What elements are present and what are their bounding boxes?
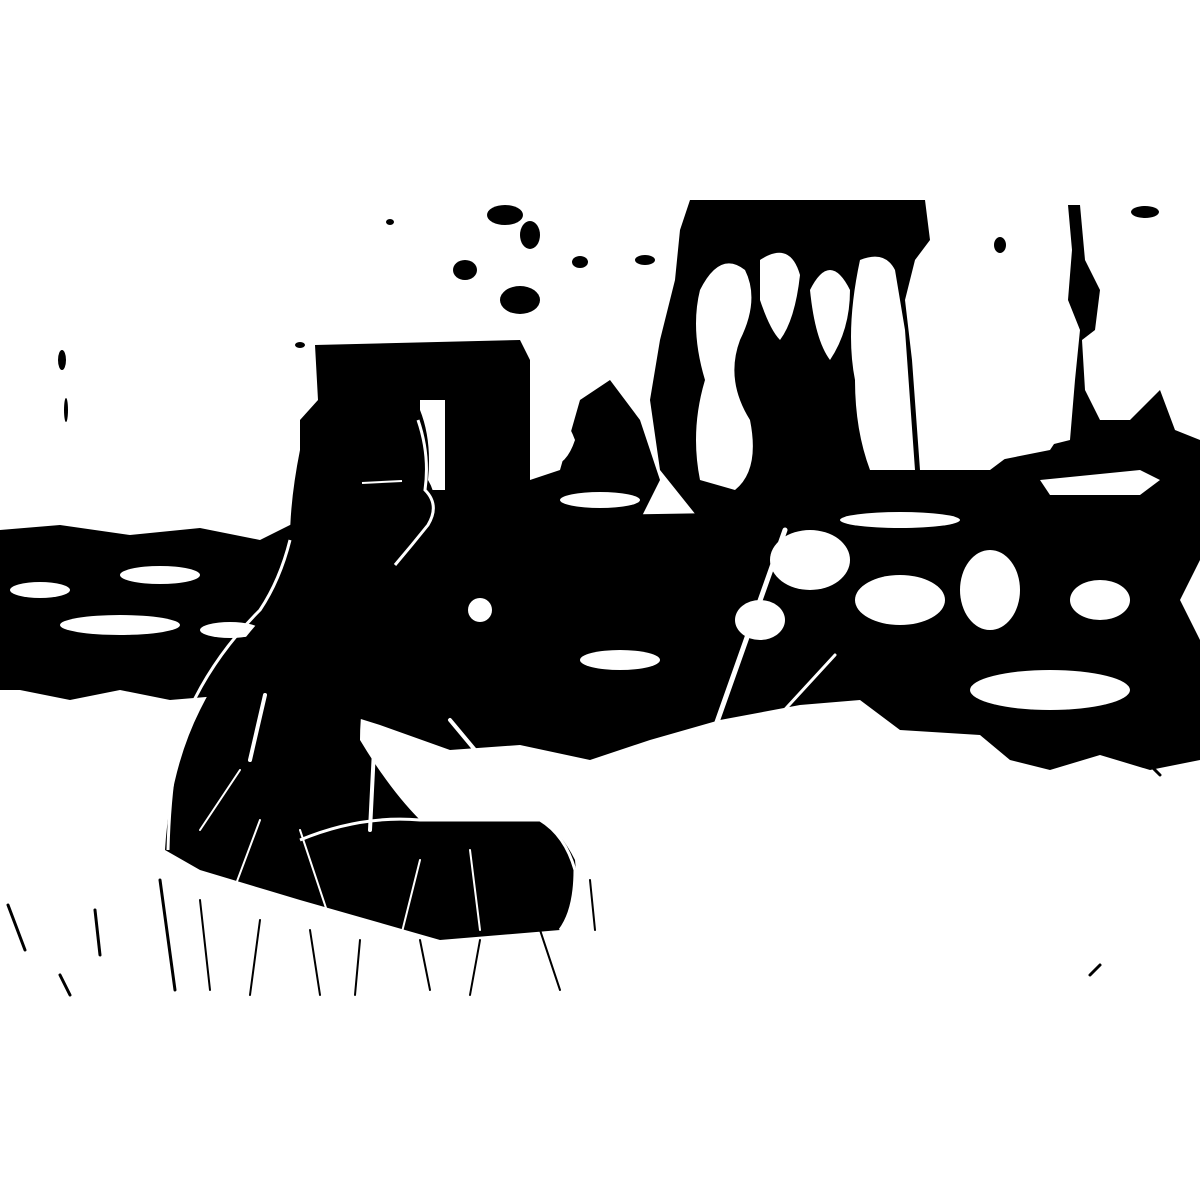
thresholded-photo (0, 0, 1200, 1200)
photo-stage (0, 0, 1200, 1200)
